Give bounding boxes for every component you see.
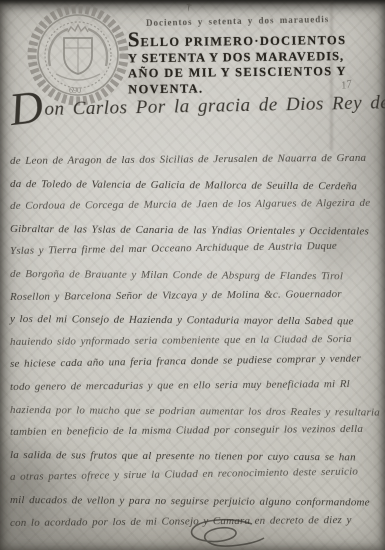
opening-line: Don Carlos Por la gracia de Dios Rey de … xyxy=(10,91,381,151)
manuscript-line: a otras partes ofrece y sirue la Ciudad … xyxy=(10,461,380,489)
printed-header: SELLO PRIMERO·DOCIENTOS Y SETENTA Y DOS … xyxy=(128,30,381,98)
manuscript-line: de Leon de Aragon de las dos Sicilias de… xyxy=(10,147,380,173)
tax-value-stamp-line: Docientos y setenta y dos marauedis xyxy=(146,14,329,28)
cross-mark: † xyxy=(185,1,192,14)
rubric-flourish-icon xyxy=(168,514,278,550)
manuscript-body: Don Carlos Por la gracia de Dios Rey de … xyxy=(10,95,380,534)
manuscript-line: Rosellon y Barcelona Señor de Vizcaya y … xyxy=(10,282,380,308)
header-line-3: AÑO DE MIL Y SEISCIENTOS Y xyxy=(128,64,380,82)
manuscript-page: † Docientos y setenta y dos marauedis 17… xyxy=(0,0,385,550)
header-line-1: SELLO PRIMERO·DOCIENTOS xyxy=(128,30,380,51)
header-initial: S xyxy=(128,27,141,51)
manuscript-line: todo genero de mercadurias y que en ello… xyxy=(10,373,380,399)
manuscript-line: Yslas y Tierra firme del mar Occeano Arc… xyxy=(10,235,380,263)
manuscript-line: se hiciese cada año una feria franca don… xyxy=(10,348,380,376)
manuscript-line: de Cordoua de Corcega de Murcia de Jaen … xyxy=(10,192,380,218)
opening-initial: D xyxy=(9,96,45,120)
manuscript-lines: de Leon de Aragon de las dos Sicilias de… xyxy=(10,150,380,534)
seal-year-text: 690 xyxy=(69,86,81,95)
manuscript-line: tambien en beneficio de la misma Ciudad … xyxy=(10,418,380,444)
